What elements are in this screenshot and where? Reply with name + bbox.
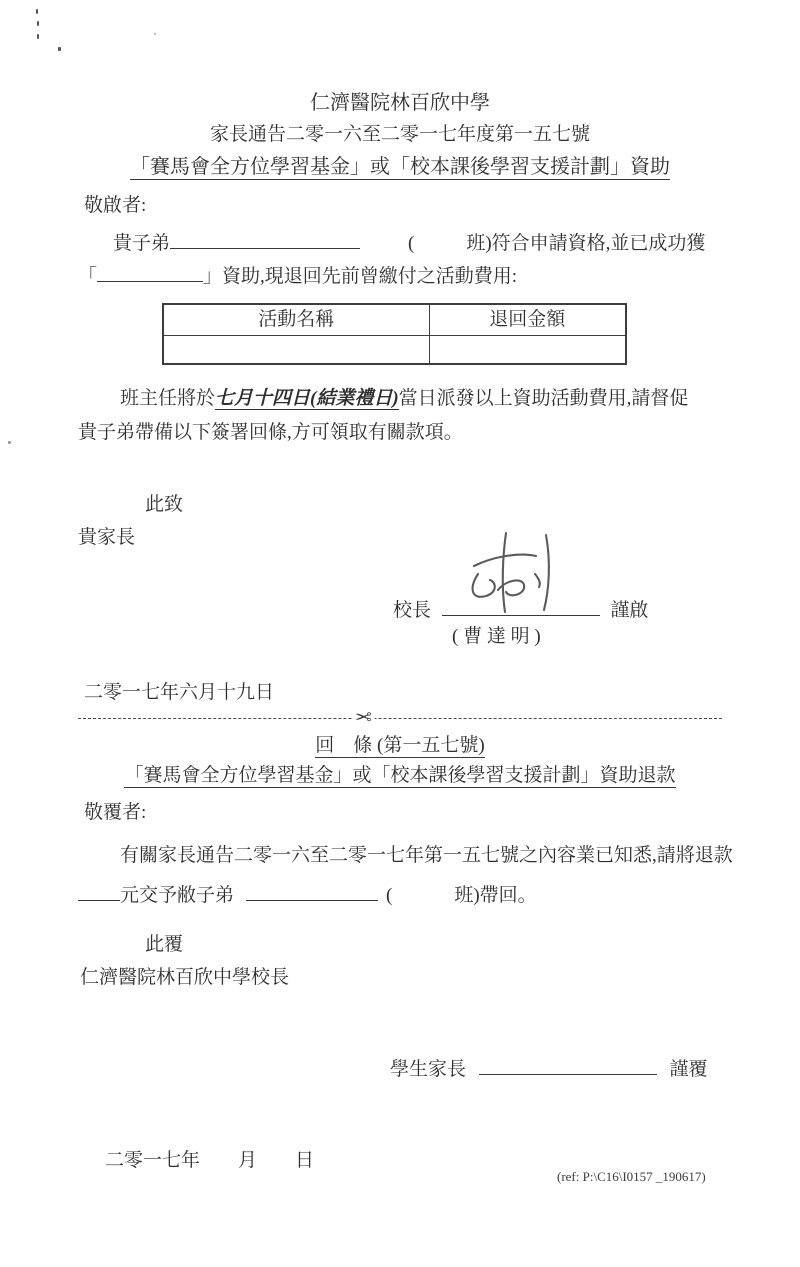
scan-speck (58, 47, 61, 51)
notice-date: 二零一七年六月十九日 (84, 680, 274, 706)
principal-signature-line (442, 597, 600, 616)
para1-line2-rest: 」資助,現退回先前曾繳付之活動費用: (203, 266, 517, 287)
cell-activity-name (163, 335, 429, 364)
refund-table-header-row: 活動名稱 退回金額 (163, 304, 626, 335)
distribution-date: 七月十四日(結業禮日) (215, 388, 399, 410)
grant-quote-open: 「 (78, 266, 97, 287)
refund-table-empty-row (163, 335, 626, 364)
refund-amount-blank (78, 882, 120, 901)
reply-closing-from: 仁濟醫院林百欣中學校長 (80, 965, 289, 991)
reply-subject: 「賽馬會全方位學習基金」或「校本課後學習支援計劃」資助退款 (0, 763, 800, 789)
col-activity-name: 活動名稱 (163, 304, 429, 335)
cell-refund-amount (429, 335, 626, 364)
notice-para1-line1: 貴子弟(班)符合申請資格,並已成功獲 (113, 230, 705, 257)
notice-closing-to: 此致 (145, 492, 183, 518)
reply-title-text: 回 條 (第一五七號) (315, 735, 484, 758)
class-blank (414, 230, 466, 249)
file-reference: (ref: P:\C16\I0157 _190617) (557, 1168, 706, 1186)
para1-after-class: 班)符合申請資格,並已成功獲 (466, 233, 705, 254)
principal-name: ( 曹 達 明 ) (452, 624, 541, 650)
scan-speck (37, 21, 39, 26)
notice-para2-line2: 貴子弟帶備以下簽署回條,方可領取有關款項。 (78, 420, 463, 446)
student-name-blank (170, 230, 360, 249)
reply-class-blank (392, 882, 454, 901)
amount-unit: 元交予敝子弟 (120, 885, 234, 906)
scissors-icon: ✂ (352, 705, 375, 732)
notice-salutation: 敬啟者: (84, 193, 146, 219)
cut-line (78, 718, 722, 719)
scan-speck (154, 33, 156, 35)
reply-body-line1: 有關家長通告二零一六至二零一七年第一五七號之內容業已知悉,請將退款 (120, 843, 733, 869)
parent-sign-row: 學生家長 謹覆 (390, 1056, 708, 1083)
grant-name-blank (97, 263, 203, 282)
student-label: 貴子弟 (113, 233, 170, 254)
reply-salutation: 敬覆者: (84, 800, 146, 826)
col-refund-amount: 退回金額 (429, 304, 626, 335)
notice-subject-text: 「賽馬會全方位學習基金」或「校本課後學習支援計劃」資助 (130, 156, 670, 180)
reply-title: 回 條 (第一五七號) (0, 733, 800, 759)
reply-after-class: 班)帶回。 (454, 885, 536, 906)
scanned-notice-page: 仁濟醫院林百欣中學 家長通告二零一六至二零一七年度第一五七號 「賽馬會全方位學習… (0, 0, 800, 1267)
school-name: 仁濟醫院林百欣中學 (0, 90, 800, 117)
notice-para2-line1: 班主任將於七月十四日(結業禮日)當日派發以上資助活動費用,請督促 (120, 386, 688, 412)
para2-tail: 當日派發以上資助活動費用,請督促 (399, 388, 689, 409)
notice-closing-recipient: 貴家長 (78, 525, 135, 551)
reply-subject-text: 「賽馬會全方位學習基金」或「校本課後學習支援計劃」資助退款 (124, 765, 675, 788)
scan-speck (36, 9, 38, 14)
scan-speck (37, 34, 39, 39)
parent-signature-line (479, 1056, 657, 1075)
notice-para1-line2: 「」資助,現退回先前曾繳付之活動費用: (78, 263, 517, 290)
notice-number-line: 家長通告二零一六至二零一七年度第一五七號 (0, 122, 800, 148)
para2-lead: 班主任將於 (120, 388, 215, 409)
reply-body-line2: 元交予敝子弟(班)帶回。 (78, 882, 537, 909)
principal-sign-row: 校長 謹啟 (393, 597, 649, 624)
reply-closing-to: 此覆 (145, 932, 183, 958)
child-name-blank (246, 882, 378, 901)
parent-respect: 謹覆 (670, 1059, 708, 1080)
reply-date: 二零一七年 月 日 (105, 1148, 314, 1174)
scan-speck (8, 441, 11, 444)
notice-subject: 「賽馬會全方位學習基金」或「校本課後學習支援計劃」資助 (0, 154, 800, 181)
parent-label: 學生家長 (390, 1059, 466, 1080)
refund-table: 活動名稱 退回金額 (162, 303, 627, 365)
principal-label: 校長 (393, 600, 431, 621)
principal-respect: 謹啟 (611, 600, 649, 621)
